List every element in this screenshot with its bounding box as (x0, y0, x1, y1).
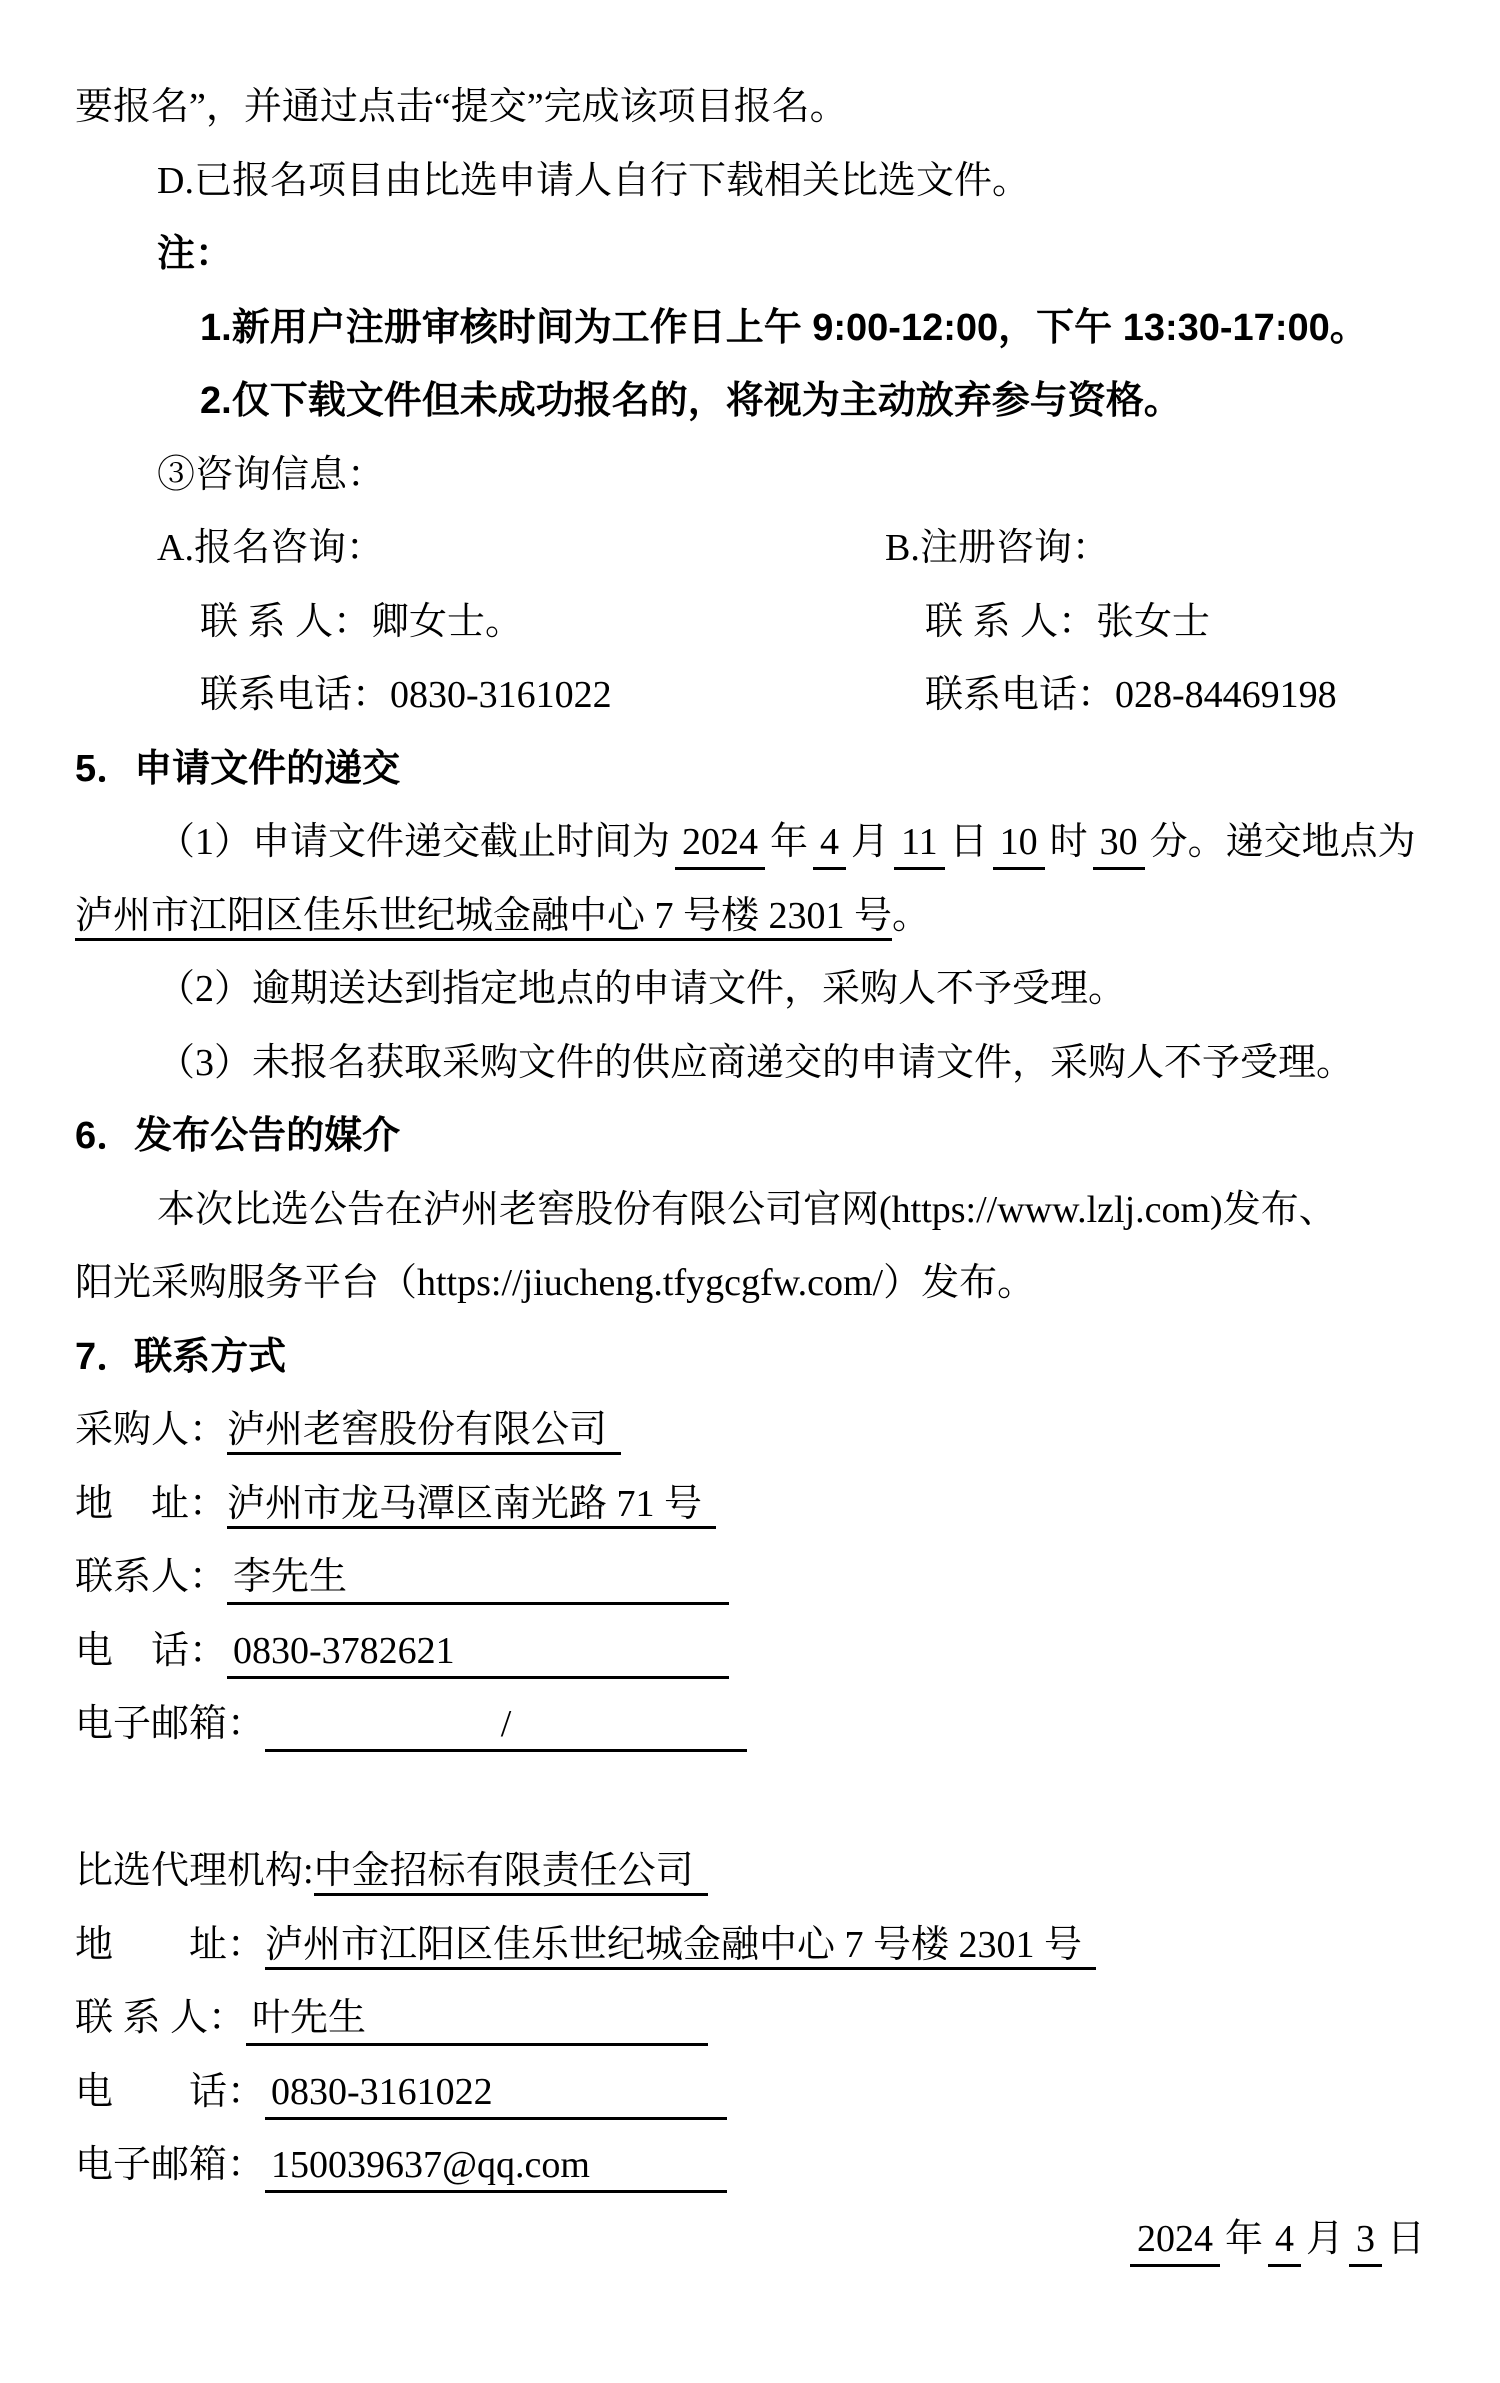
consult-phones-row: 联系电话：0830-3161022 联系电话：028-84469198 (75, 659, 1425, 733)
date-day-unit: 日 (1387, 2218, 1425, 2260)
deadline-minute-value: 30 (1093, 817, 1145, 870)
note-label: 注： (75, 218, 1425, 292)
agency-address-value: 泸州市江阳区佳乐世纪城金融中心 7 号楼 2301 号 (265, 1924, 1096, 1970)
consult-a-title: A.报名咨询： (157, 527, 384, 569)
consult-b-title: B.注册咨询： (885, 512, 1110, 586)
agency-phone-label: 电 话： (75, 2071, 265, 2113)
agency-email-value: 150039637@qq.com (265, 2140, 727, 2193)
intro-continuation-line: 要报名”，并通过点击“提交”完成该项目报名。 (75, 71, 1425, 145)
deadline-hour-unit: 时 (1050, 821, 1088, 863)
deadline-month-value: 4 (813, 817, 846, 870)
agency-name-value: 中金招标有限责任公司 (314, 1850, 708, 1896)
submission-deadline-line: （1）申请文件递交截止时间为2024年4月11日10时30分。递交地点为 (75, 806, 1425, 880)
purchaser-address-label: 地 址： (75, 1483, 227, 1525)
deadline-minute-suffix: 分。递交地点为 (1150, 821, 1416, 863)
agency-contact-line: 联 系 人：叶先生 (75, 1982, 1425, 2056)
purchaser-phone-value: 0830-3782621 (227, 1626, 729, 1679)
deadline-month-unit: 月 (851, 821, 889, 863)
purchaser-contact-label: 联系人： (75, 1556, 227, 1598)
purchaser-address-line: 地 址：泸州市龙马潭区南光路 71 号 (75, 1468, 1425, 1542)
deadline-year-value: 2024 (675, 817, 765, 870)
date-day-value: 3 (1349, 2214, 1382, 2267)
purchaser-phone-line: 电 话：0830-3782621 (75, 1615, 1425, 1689)
section6-line2: 阳光采购服务平台（https://jiucheng.tfygcgfw.com/）… (75, 1247, 1425, 1321)
section7-heading: 7．联系方式 (75, 1321, 1425, 1395)
agency-name-label: 比选代理机构: (75, 1850, 314, 1892)
deadline-prefix: （1）申请文件递交截止时间为 (157, 821, 670, 863)
deadline-day-value: 11 (894, 817, 945, 870)
section6-line1: 本次比选公告在泸州老窖股份有限公司官网(https://www.lzlj.com… (75, 1174, 1425, 1248)
agency-phone-value: 0830-3161022 (265, 2067, 727, 2120)
agency-phone-line: 电 话：0830-3161022 (75, 2056, 1425, 2130)
consult-heading: ③咨询信息： (75, 439, 1425, 513)
consult-b-phone: 联系电话：028-84469198 (925, 659, 1337, 733)
consult-a-phone: 联系电话：0830-3161022 (200, 674, 612, 716)
document-page: 要报名”，并通过点击“提交”完成该项目报名。 D.已报名项目由比选申请人自行下载… (0, 0, 1500, 2383)
item-d-line: D.已报名项目由比选申请人自行下载相关比选文件。 (75, 145, 1425, 219)
purchaser-phone-label: 电 话： (75, 1630, 227, 1672)
purchaser-address-value: 泸州市龙马潭区南光路 71 号 (227, 1483, 716, 1529)
agency-contact-label: 联 系 人： (75, 1997, 246, 2039)
purchaser-contact-line: 联系人：李先生 (75, 1541, 1425, 1615)
note-item-1: 1.新用户注册审核时间为工作日上午 9:00-12:00，下午 13:30-17… (75, 292, 1425, 366)
agency-address-label: 地 址： (75, 1924, 265, 1966)
purchaser-contact-value: 李先生 (227, 1552, 729, 1605)
deadline-day-unit: 日 (950, 821, 988, 863)
submission-place-period: 。 (892, 895, 930, 937)
purchaser-email-line: 电子邮箱：/ (75, 1688, 1425, 1762)
section6-heading: 6．发布公告的媒介 (75, 1100, 1425, 1174)
section5-item3: （3）未报名获取采购文件的供应商递交的申请文件，采购人不予受理。 (75, 1027, 1425, 1101)
date-month-unit: 月 (1306, 2218, 1344, 2260)
consult-contacts-row: 联 系 人：卿女士。 联 系 人：张女士 (75, 586, 1425, 660)
agency-email-line: 电子邮箱：150039637@qq.com (75, 2129, 1425, 2203)
purchaser-email-label: 电子邮箱： (75, 1703, 265, 1745)
date-line: 2024年4月3日 (75, 2203, 1425, 2277)
blank-line (75, 1762, 1425, 1836)
section5-heading: 5．申请文件的递交 (75, 733, 1425, 807)
agency-address-line: 地 址：泸州市江阳区佳乐世纪城金融中心 7 号楼 2301 号 (75, 1909, 1425, 1983)
date-year-unit: 年 (1225, 2218, 1263, 2260)
note-item-2: 2.仅下载文件但未成功报名的，将视为主动放弃参与资格。 (75, 365, 1425, 439)
agency-email-label: 电子邮箱： (75, 2144, 265, 2186)
deadline-hour-value: 10 (993, 817, 1045, 870)
purchaser-name-label: 采购人： (75, 1409, 227, 1451)
submission-place-underlined: 泸州市江阳区佳乐世纪城金融中心 7 号楼 2301 号 (75, 895, 892, 941)
purchaser-email-value: / (265, 1699, 747, 1752)
date-month-value: 4 (1268, 2214, 1301, 2267)
agency-name-line: 比选代理机构:中金招标有限责任公司 (75, 1835, 1425, 1909)
date-year-value: 2024 (1130, 2214, 1220, 2267)
consult-a-contact: 联 系 人：卿女士。 (200, 601, 523, 643)
deadline-year-unit: 年 (770, 821, 808, 863)
purchaser-name-line: 采购人：泸州老窖股份有限公司 (75, 1394, 1425, 1468)
section5-item2: （2）逾期送达到指定地点的申请文件，采购人不予受理。 (75, 953, 1425, 1027)
purchaser-name-value: 泸州老窖股份有限公司 (227, 1409, 621, 1455)
consult-titles-row: A.报名咨询： B.注册咨询： (75, 512, 1425, 586)
consult-b-contact: 联 系 人：张女士 (925, 586, 1210, 660)
agency-contact-value: 叶先生 (246, 1993, 708, 2046)
submission-place-line: 泸州市江阳区佳乐世纪城金融中心 7 号楼 2301 号。 (75, 880, 1425, 954)
